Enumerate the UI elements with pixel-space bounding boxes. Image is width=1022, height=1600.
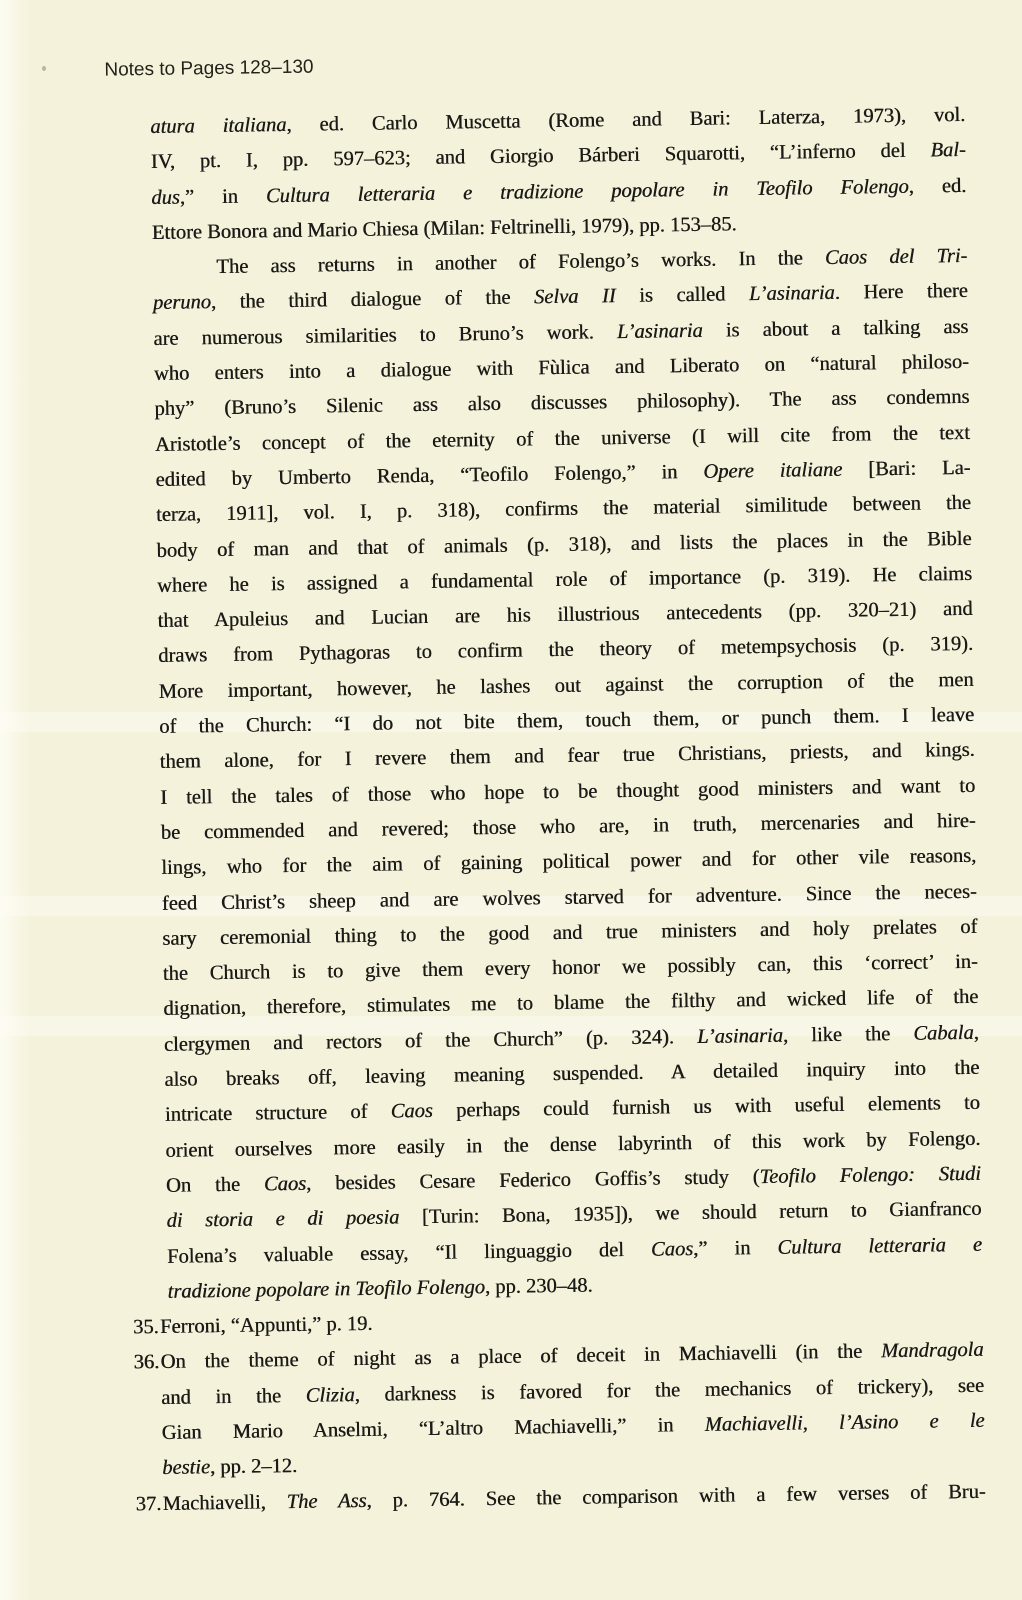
text-segment: , like the bbox=[783, 1022, 914, 1046]
italic-text-segment: L’asinaria bbox=[749, 282, 835, 305]
text-segment: terza, 1911], vol. I, p. 318), confirms … bbox=[156, 492, 971, 526]
italic-text-segment: di storia e di poesia bbox=[166, 1207, 399, 1232]
text-segment: feed Christ’s sheep and are wolves starv… bbox=[162, 880, 977, 914]
italic-text-segment: peruno bbox=[153, 292, 211, 315]
text-segment: clergymen and rectors of the Church” (p.… bbox=[164, 1026, 698, 1056]
italic-text-segment: dus bbox=[151, 186, 180, 208]
italic-text-segment: bestie bbox=[162, 1457, 210, 1480]
scan-speck bbox=[42, 66, 46, 71]
italic-text-segment: Clizia bbox=[305, 1384, 354, 1407]
note-continuation-paragraph: atura italiana, ed. Carlo Muscetta (Rome… bbox=[150, 98, 967, 251]
text-segment: where he is assigned a fundamental role … bbox=[157, 563, 972, 597]
italic-text-segment: Cabala bbox=[913, 1022, 974, 1045]
text-segment: lings, who for the aim of gaining politi… bbox=[161, 845, 976, 879]
italic-text-segment: Selva II bbox=[534, 286, 616, 309]
text-segment: , darkness is favored for the mechanics … bbox=[354, 1374, 984, 1405]
text-segment: edited by Umberto Renda, “Teofilo Foleng… bbox=[155, 461, 703, 491]
text-segment: IV, pt. I, pp. 597–623; and Giorgio Bárb… bbox=[151, 140, 931, 174]
italic-text-segment: Caos bbox=[264, 1173, 306, 1196]
text-segment: I tell the tales of those who hope to be… bbox=[160, 774, 975, 808]
book-page: Notes to Pages 128–130 atura italiana, e… bbox=[0, 0, 1022, 1600]
text-segment: Folena’s valuable essay, “Il linguaggio … bbox=[167, 1238, 651, 1267]
text-segment: , the third dialogue of the bbox=[211, 287, 534, 314]
text-segment: them alone, for I revere them and fear t… bbox=[160, 739, 975, 773]
text-segment: the Church is to give them every honor w… bbox=[163, 951, 978, 985]
text-segment: On the theme of night as a place of dece… bbox=[160, 1341, 881, 1374]
text-segment: body of man and that of animals (p. 318)… bbox=[156, 527, 971, 561]
text-segment: , besides Cesare Federico Goffis’s study… bbox=[306, 1166, 760, 1195]
italic-text-segment: Caos bbox=[651, 1238, 693, 1261]
text-segment: is called bbox=[615, 284, 749, 308]
text-segment: , pp. 230–48. bbox=[485, 1274, 593, 1298]
text-segment: On the bbox=[166, 1173, 264, 1196]
scan-edge-light bbox=[0, 0, 30, 1600]
note-number: 35. bbox=[133, 1310, 159, 1346]
italic-text-segment: atura italiana bbox=[150, 114, 286, 138]
text-segment: Ferroni, “Appunti,” p. 19. bbox=[160, 1313, 373, 1338]
italic-text-segment: The Ass bbox=[286, 1490, 366, 1513]
text-segment: ,” in bbox=[180, 185, 266, 208]
text-segment: [Bari: La- bbox=[842, 457, 970, 481]
text-segment: , ed. bbox=[908, 174, 966, 197]
text-segment: be commended and revered; those who are,… bbox=[161, 810, 976, 844]
note-number: 36. bbox=[133, 1345, 159, 1381]
italic-text-segment: Caos del Tri- bbox=[825, 245, 968, 269]
italic-text-segment: Teofilo Folengo: Studi bbox=[759, 1163, 981, 1188]
text-segment: who enters into a dialogue with Fùlica a… bbox=[154, 351, 969, 385]
italic-text-segment: L’asinaria bbox=[617, 320, 703, 343]
text-segment: , bbox=[973, 1022, 978, 1044]
text-segment: ,” in bbox=[693, 1236, 778, 1259]
text-segment: orient ourselves more easily in the dens… bbox=[165, 1127, 980, 1161]
text-segment: also breaks off, leaving meaning suspend… bbox=[164, 1057, 979, 1091]
italic-text-segment: Caos bbox=[390, 1100, 432, 1123]
text-column: Notes to Pages 128–130 atura italiana, e… bbox=[150, 98, 986, 1522]
text-segment: and in the bbox=[161, 1385, 306, 1409]
text-segment: Gian Mario Anselmi, “L’altro Machiavelli… bbox=[161, 1414, 704, 1444]
text-segment: Aristotle’s concept of the eternity of t… bbox=[155, 422, 970, 456]
text-segment: The ass returns in another of Folengo’s … bbox=[216, 247, 825, 278]
italic-text-segment: Cultura letteraria e bbox=[777, 1233, 982, 1258]
italic-text-segment: Opere italiane bbox=[703, 459, 842, 483]
text-segment: is about a talking ass bbox=[703, 316, 969, 342]
text-segment: draws from Pythagoras to confirm the the… bbox=[158, 633, 973, 667]
italic-text-segment: Cultura letteraria e tradizione popolare… bbox=[266, 175, 909, 207]
text-segment: , p. 764. See the comparison with a few … bbox=[366, 1480, 985, 1511]
italic-text-segment: Machiavelli, l’Asino e le bbox=[705, 1410, 985, 1436]
text-segment: phy” (Bruno’s Silenic ass also discusses… bbox=[154, 386, 969, 420]
text-segment: sary ceremonial thing to the good and tr… bbox=[162, 916, 977, 950]
italic-text-segment: L’asinaria bbox=[697, 1024, 783, 1047]
text-segment: Machiavelli, bbox=[163, 1491, 287, 1515]
text-segment: [Turin: Bona, 1935]), we should return t… bbox=[399, 1198, 981, 1229]
text-segment: More important, however, he lashes out a… bbox=[158, 669, 973, 703]
text-segment: Ettore Bonora and Mario Chiesa (Milan: F… bbox=[152, 213, 737, 244]
italic-text-segment: Mandragola bbox=[881, 1339, 984, 1363]
text-segment: , pp. 2–12. bbox=[210, 1455, 297, 1478]
note-number: 37. bbox=[135, 1487, 161, 1523]
text-segment: perhaps could furnish us with useful ele… bbox=[433, 1092, 980, 1122]
text-segment: , ed. Carlo Muscetta (Rome and Bari: Lat… bbox=[286, 104, 965, 136]
text-segment: . Here there bbox=[835, 280, 968, 304]
italic-text-segment: tradizione popolare in Teofilo Folengo bbox=[167, 1276, 485, 1303]
italic-text-segment: Bal- bbox=[930, 139, 966, 162]
note-paragraph-folengo: The ass returns in another of Folengo’s … bbox=[152, 239, 983, 1310]
text-segment: of the Church: “I do not bite them, touc… bbox=[159, 704, 974, 738]
text-segment: that Apuleius and Lucian are his illustr… bbox=[157, 598, 972, 632]
text-segment: dignation, therefore, stimulates me to b… bbox=[163, 986, 978, 1020]
text-segment: intricate structure of bbox=[165, 1101, 391, 1126]
running-head: Notes to Pages 128–130 bbox=[104, 56, 314, 83]
note-36: 36.On the theme of night as a place of d… bbox=[160, 1333, 985, 1486]
text-segment: are numerous similarities to Bruno’s wor… bbox=[153, 321, 617, 350]
